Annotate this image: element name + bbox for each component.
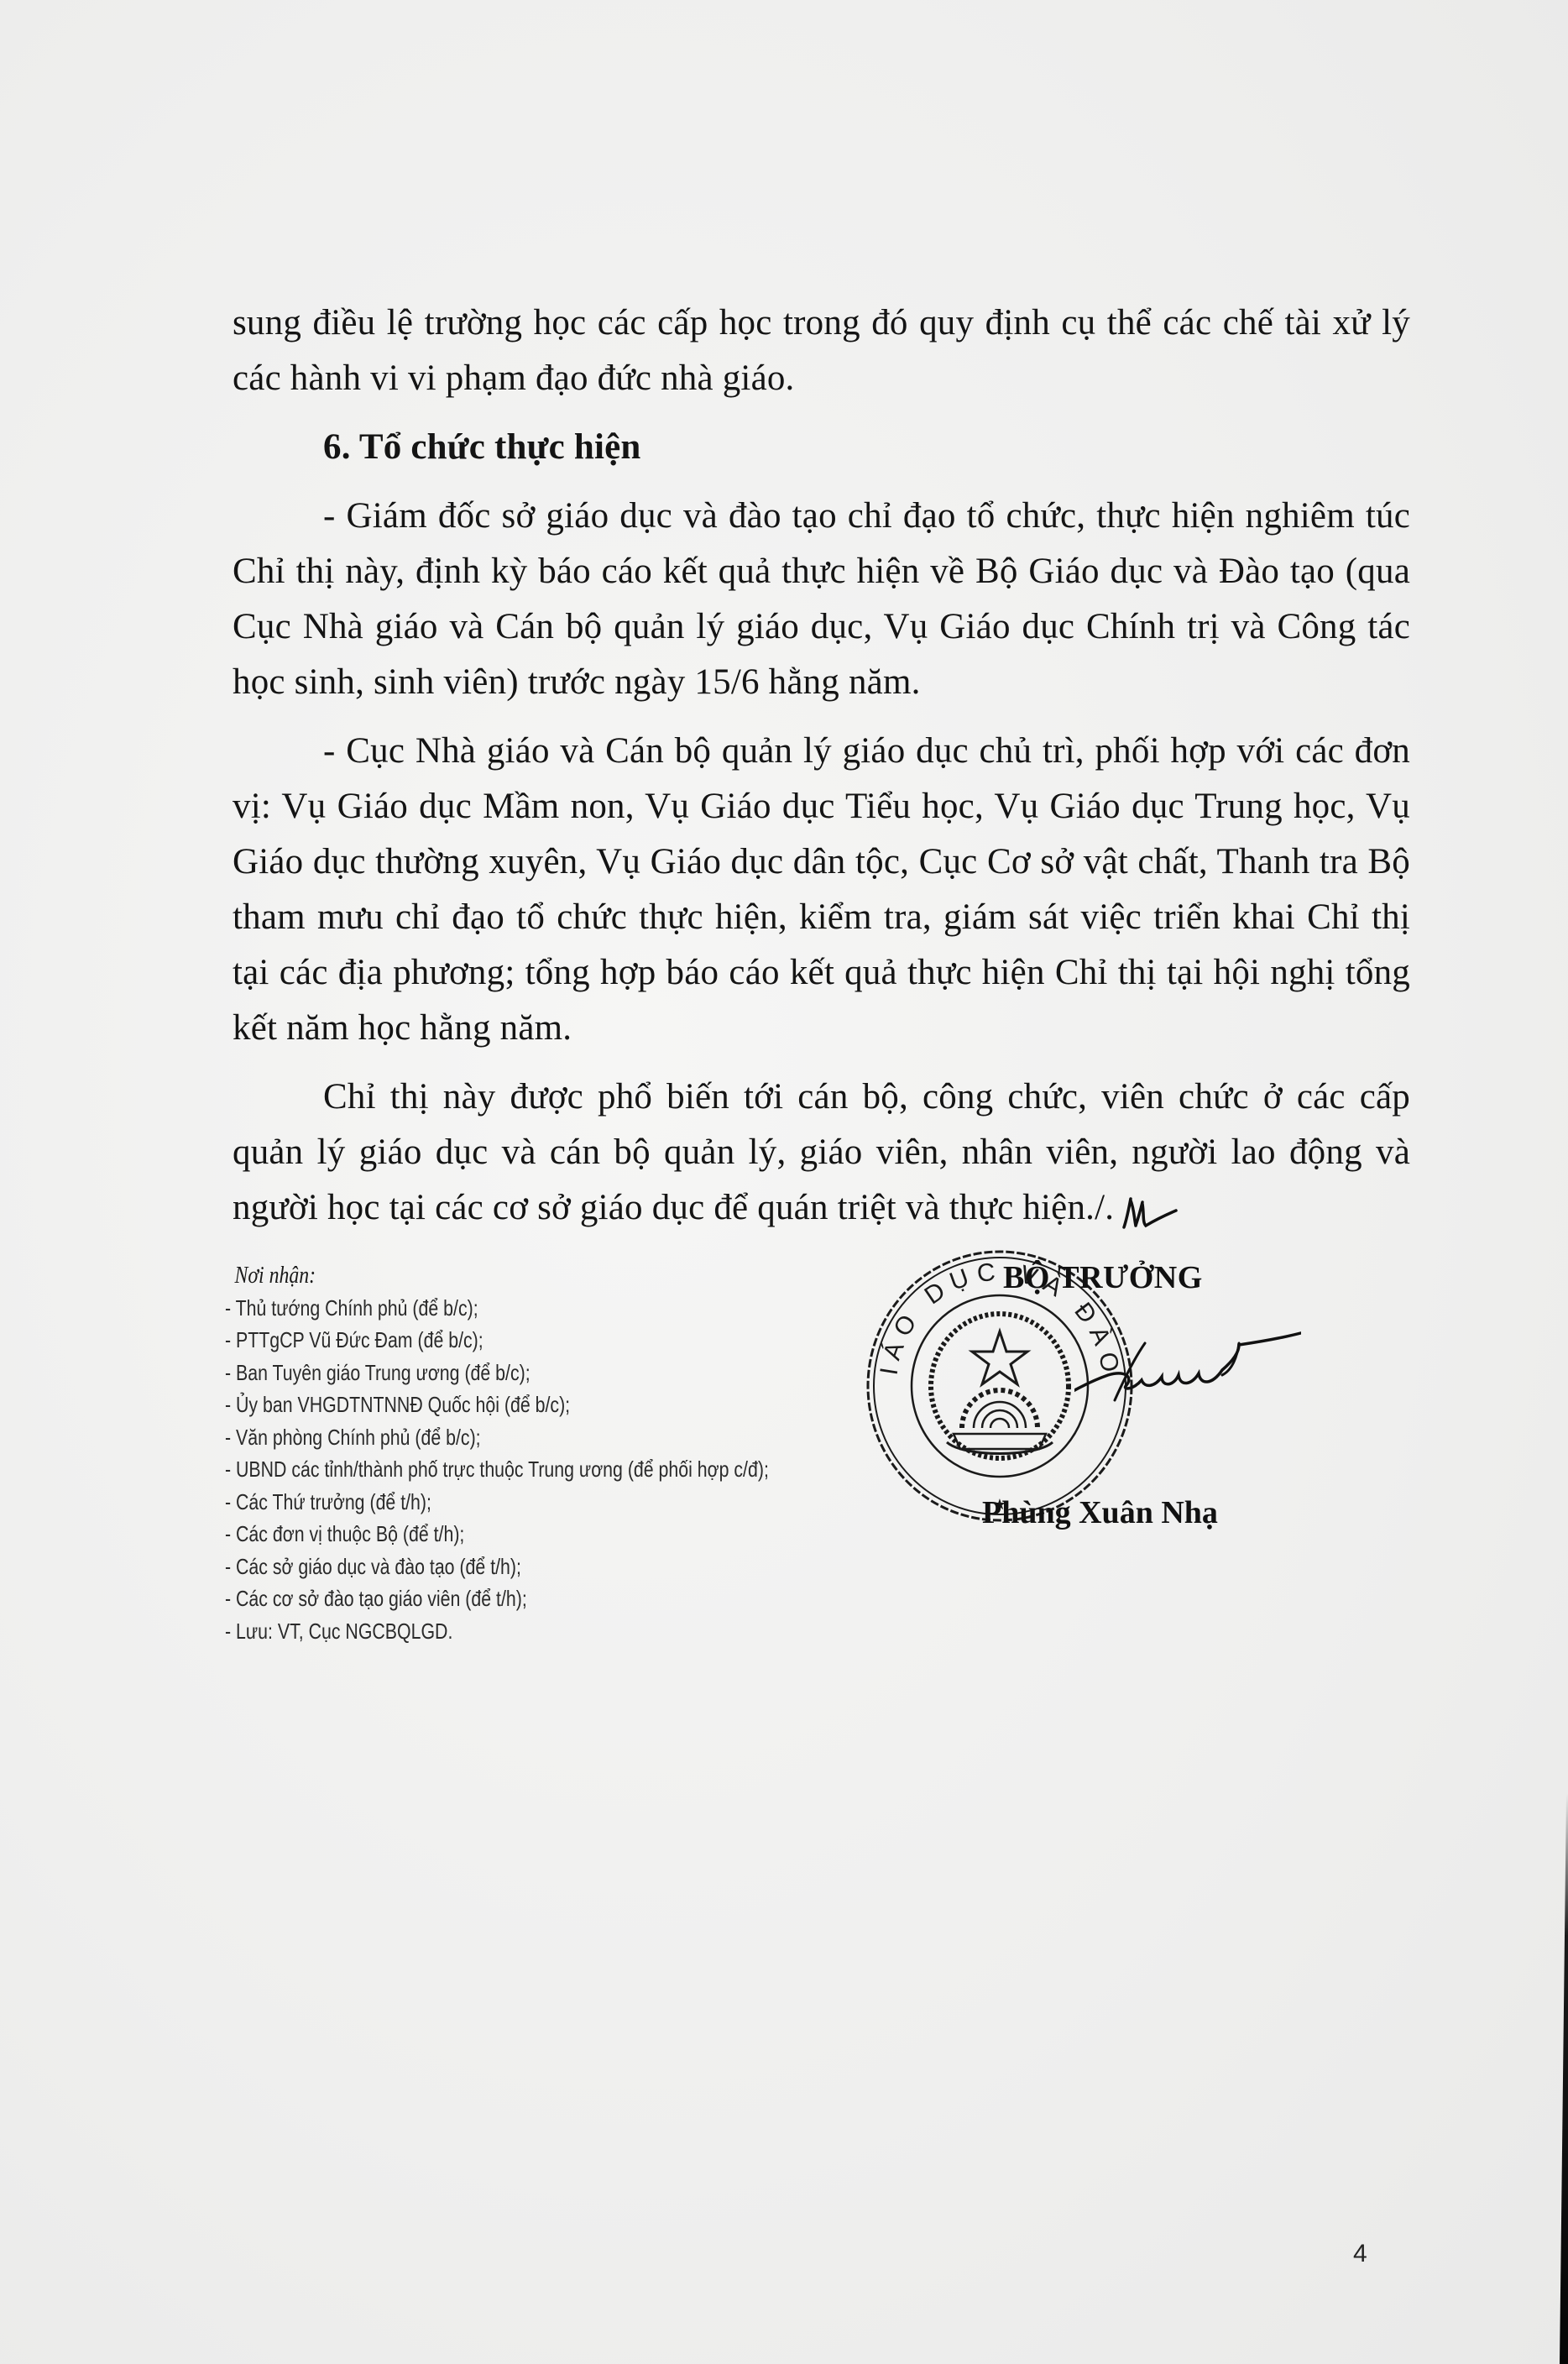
page-edge-shadow [1560, 1793, 1568, 2364]
document-body: sung điều lệ trường học các cấp học tron… [233, 295, 1410, 1236]
recipient-item: - Các cơ sở đào tạo giáo viên (để t/h); [225, 1582, 748, 1615]
recipients-title: Nơi nhận: [225, 1259, 748, 1292]
recipient-item: - Ủy ban VHGDTNTNNĐ Quốc hội (để b/c); [225, 1389, 748, 1421]
signer-title: BỘ TRƯỞNG [1003, 1259, 1203, 1296]
section-heading: 6. Tổ chức thực hiện [233, 420, 1410, 475]
signer-name: Phùng Xuân Nhạ [982, 1494, 1218, 1531]
paragraph-continuation: sung điều lệ trường học các cấp học tron… [233, 295, 1410, 406]
page-number: 4 [1353, 2240, 1367, 2268]
recipient-item: - PTTgCP Vũ Đức Đam (để b/c); [225, 1324, 748, 1357]
national-emblem-icon [931, 1314, 1069, 1458]
recipient-item: - Văn phòng Chính phủ (để b/c); [225, 1421, 748, 1454]
recipient-item: - Thủ tướng Chính phủ (để b/c); [225, 1292, 748, 1325]
recipient-item: - Các sở giáo dục và đào tạo (để t/h); [225, 1551, 748, 1583]
recipient-item: - Lưu: VT, Cục NGCBQLGD. [225, 1615, 748, 1648]
recipients-list: Nơi nhận: - Thủ tướng Chính phủ (để b/c)… [225, 1259, 748, 1647]
initials-mark-icon [1117, 1195, 1178, 1231]
paragraph-directors: - Giám đốc sở giáo dục và đào tạo chỉ đạ… [233, 489, 1410, 710]
recipient-item: - Các Thứ trưởng (để t/h); [225, 1486, 748, 1519]
recipient-item: - UBND các tỉnh/thành phố trực thuộc Tru… [225, 1453, 823, 1486]
recipient-item: - Các đơn vị thuộc Bộ (để t/h); [225, 1518, 748, 1551]
recipient-item: - Ban Tuyên giáo Trung ương (để b/c); [225, 1357, 748, 1389]
paragraph-closing: Chỉ thị này được phổ biến tới cán bộ, cô… [233, 1070, 1410, 1236]
closing-text: Chỉ thị này được phổ biến tới cán bộ, cô… [233, 1077, 1410, 1227]
paragraph-department: - Cục Nhà giáo và Cán bộ quản lý giáo dụ… [233, 724, 1410, 1056]
handwritten-signature-icon [1074, 1326, 1301, 1452]
